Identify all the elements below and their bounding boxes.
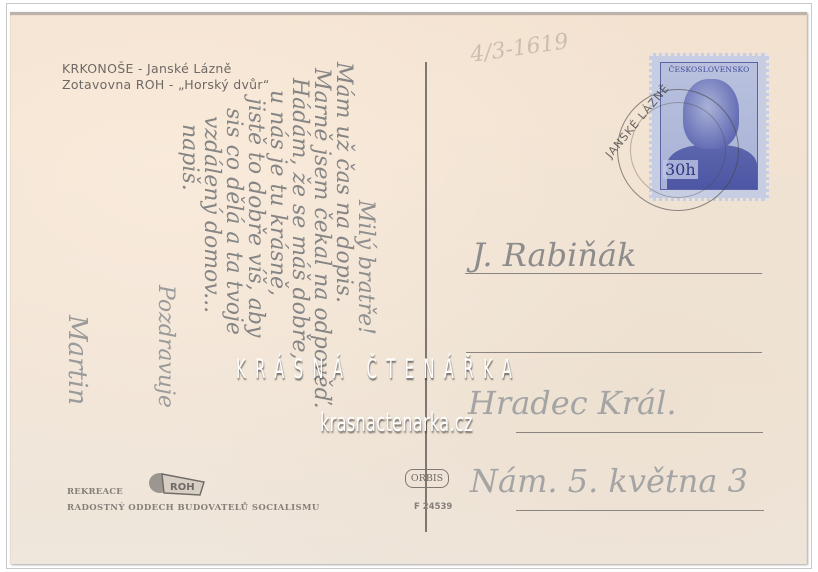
footer-line-1: REKREACE	[67, 487, 123, 497]
watermark-url: krasnactenarka.cz	[320, 408, 473, 438]
postmark: JANSKÉ LÁZNĚ	[617, 89, 739, 211]
roh-logo-text: ROH	[170, 482, 195, 493]
header-line-2: Zotavovna ROH - „Horský dvůr“	[62, 77, 270, 92]
address-name: J. Rabiňák	[472, 236, 636, 274]
address-city: Hradec Král.	[468, 384, 676, 422]
address-line-3	[516, 432, 763, 433]
address-line-1	[465, 273, 762, 274]
header-line-1: KRKONOŠE - Janské Lázně	[62, 61, 232, 76]
footer-line-2: RADOSTNÝ ODDECH BUDOVATELŮ SOCIALISMU	[67, 503, 320, 513]
publisher-badge: ORBIS	[405, 469, 449, 488]
address-divider	[425, 62, 427, 532]
address-street: Nám. 5. května 3	[470, 462, 748, 500]
print-number: F 24539	[414, 502, 452, 512]
address-line-2	[466, 352, 762, 353]
watermark-title: KRÁSNÁ ČTENÁŘKA	[236, 354, 521, 385]
stamp-country: ČESKOSLOVENSKO	[661, 65, 757, 74]
address-line-4	[516, 510, 764, 511]
roh-logo-icon: ROH	[146, 468, 208, 496]
